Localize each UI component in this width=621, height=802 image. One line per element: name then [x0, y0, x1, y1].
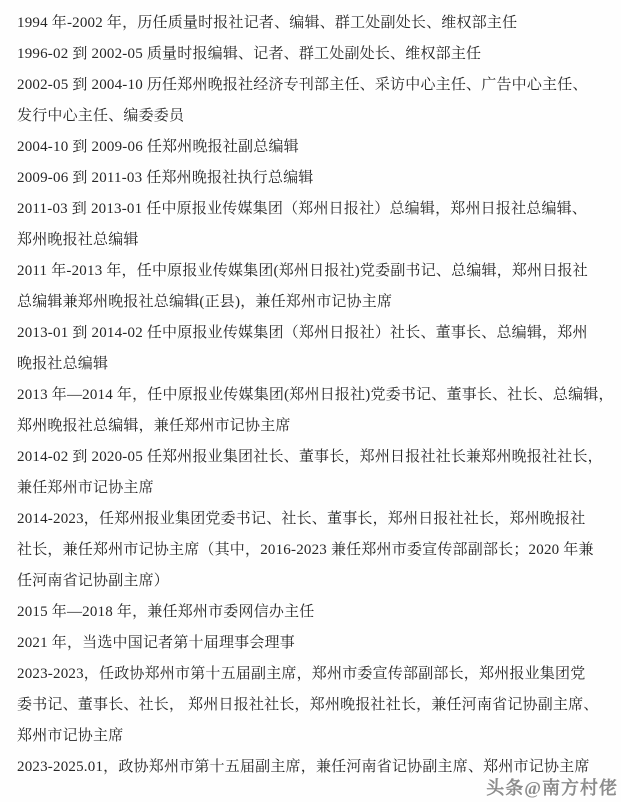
text-line: 委书记、董事长、社长， 郑州日报社社长，郑州晚报社社长，兼任河南省记协副主席、 — [17, 690, 615, 721]
text-line: 晚报社总编辑 — [17, 349, 615, 380]
text-line: 发行中心主任、编委委员 — [17, 101, 615, 132]
text-line: 2002-05 到 2004-10 历任郑州晚报社经济专刊部主任、采访中心主任、… — [17, 70, 615, 101]
text-line: 2004-10 到 2009-06 任郑州晚报社副总编辑 — [17, 132, 615, 163]
text-line: 2013-01 到 2014-02 任中原报业传媒集团（郑州日报社）社长、董事长… — [17, 318, 615, 349]
text-line: 郑州晚报社总编辑，兼任郑州市记协主席 — [17, 411, 615, 442]
text-line: 社长，兼任郑州市记协主席（其中，2016-2023 兼任郑州市委宣传部副部长；2… — [17, 535, 615, 566]
toutiao-watermark: 头条@南方村佬 — [486, 774, 618, 800]
text-line: 2014-2023，任郑州报业集团党委书记、社长、董事长，郑州日报社社长，郑州晚… — [17, 504, 615, 535]
text-line: 1996-02 到 2002-05 质量时报编辑、记者、群工处副处长、维权部主任 — [17, 39, 615, 70]
document-text: 1994 年-2002 年，历任质量时报社记者、编辑、群工处副处长、维权部主任1… — [17, 8, 615, 783]
text-line: 2009-06 到 2011-03 任郑州晚报社执行总编辑 — [17, 163, 615, 194]
text-line: 2021 年，当选中国记者第十届理事会理事 — [17, 628, 615, 659]
text-line: 2011 年-2013 年，任中原报业传媒集团(郑州日报社)党委副书记、总编辑，… — [17, 256, 615, 287]
text-line: 郑州市记协主席 — [17, 721, 615, 752]
text-line: 2014-02 到 2020-05 任郑州报业集团社长、董事长，郑州日报社社长兼… — [17, 442, 615, 473]
text-line: 郑州晚报社总编辑 — [17, 225, 615, 256]
text-line: 任河南省记协副主席） — [17, 566, 615, 597]
text-line: 1994 年-2002 年，历任质量时报社记者、编辑、群工处副处长、维权部主任 — [17, 8, 615, 39]
text-line: 2023-2023，任政协郑州市第十五届副主席，郑州市委宣传部副部长，郑州报业集… — [17, 659, 615, 690]
text-line: 总编辑兼郑州晚报社总编辑(正县)，兼任郑州市记协主席 — [17, 287, 615, 318]
text-line: 2013 年—2014 年，任中原报业传媒集团(郑州日报社)党委书记、董事长、社… — [17, 380, 615, 411]
text-line: 兼任郑州市记协主席 — [17, 473, 615, 504]
text-line: 2015 年—2018 年，兼任郑州市委网信办主任 — [17, 597, 615, 628]
document-page: 1994 年-2002 年，历任质量时报社记者、编辑、群工处副处长、维权部主任1… — [0, 0, 621, 802]
text-line: 2011-03 到 2013-01 任中原报业传媒集团（郑州日报社）总编辑，郑州… — [17, 194, 615, 225]
